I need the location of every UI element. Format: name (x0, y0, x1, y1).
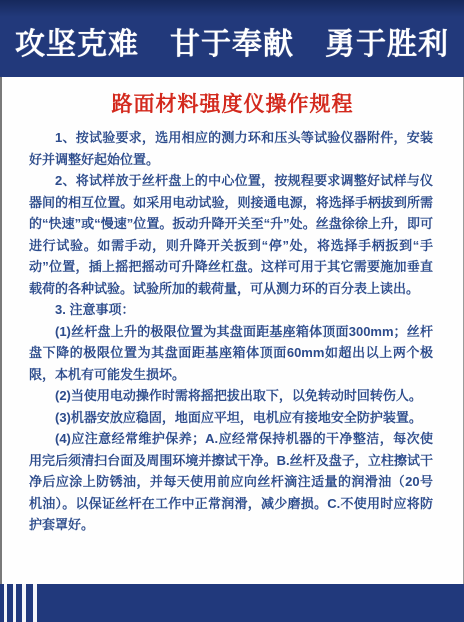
paragraph-step-1: 1、按试验要求，选用相应的测力环和压头等试验仪器附件，安装好并调整好起始位置。 (29, 127, 433, 170)
paragraph-note-4: (4)应注意经常维护保养；A.应经常保持机器的干净整洁，每次使用完后须清扫台面及… (29, 428, 433, 536)
content-area: 路面材料强度仪操作规程 1、按试验要求，选用相应的测力环和压头等试验仪器附件，安… (0, 77, 464, 584)
procedure-text: 1、按试验要求，选用相应的测力环和压头等试验仪器附件，安装好并调整好起始位置。 … (2, 127, 463, 536)
banner-slogan: 攻坚克难 甘于奉献 勇于胜利 (15, 15, 449, 63)
paragraph-note-2: (2)当使用电动操作时需将摇把拔出取下，以免转动时回转伤人。 (29, 385, 433, 407)
paragraph-note-3: (3)机器安放应稳固，地面应平坦，电机应有接地安全防护装置。 (29, 407, 433, 429)
banner: 攻坚克难 甘于奉献 勇于胜利 (0, 0, 464, 77)
paragraph-note-1: (1)丝杆盘上升的极限位置为其盘面距基座箱体顶面300mm；丝杆盘下降的极限位置… (29, 321, 433, 386)
footer-bar (0, 584, 464, 622)
paragraph-notes-heading: 3. 注意事项： (29, 299, 433, 321)
page-title: 路面材料强度仪操作规程 (2, 88, 463, 118)
footer-stripe-gap (13, 584, 16, 622)
paragraph-step-2: 2、将试样放于丝杆盘上的中心位置，按规程要求调整好试样与仪器间的相互位置。如采用… (29, 170, 433, 299)
footer-stripe-gap (4, 584, 7, 622)
footer-stripe-gap (22, 584, 26, 622)
poster: 攻坚克难 甘于奉献 勇于胜利 路面材料强度仪操作规程 1、按试验要求，选用相应的… (0, 0, 464, 622)
footer-stripe-gap (33, 584, 37, 622)
